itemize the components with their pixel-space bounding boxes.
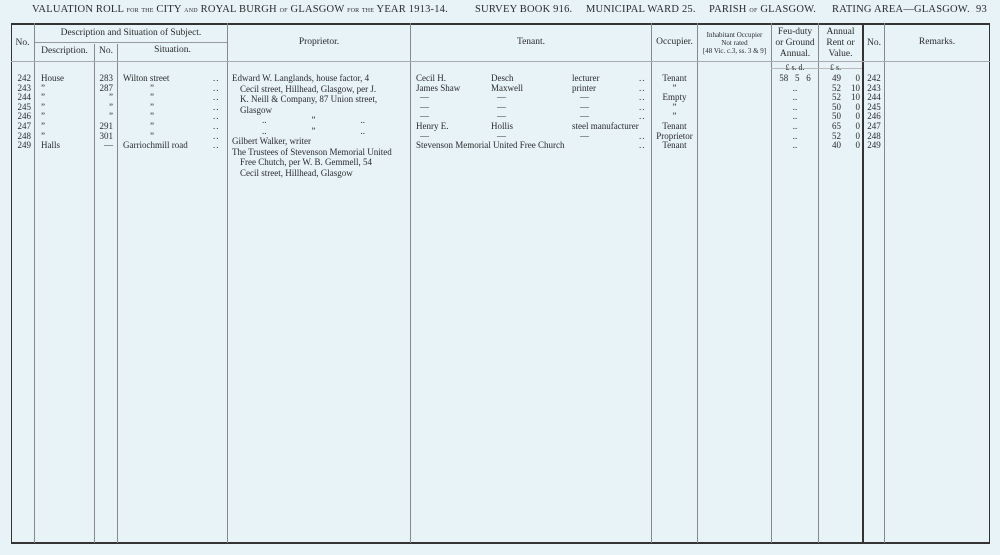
header-rule xyxy=(11,61,990,62)
row-rent-pounds: 40 xyxy=(819,140,841,151)
parish: PARISH of GLASGOW. xyxy=(709,4,816,15)
proprietor-line: Cecil street, Hillhead, Glasgow, per J. xyxy=(232,84,408,95)
column-divider xyxy=(227,23,228,543)
title-text: GLASGOW xyxy=(291,4,345,15)
tenant-surname: Maxwell xyxy=(491,83,523,94)
leader-dots: .. xyxy=(639,92,646,102)
proprietor-line: Glasgow xyxy=(232,105,408,116)
row-feu-duty: .. xyxy=(772,140,818,151)
header-line: [48 Vic. c.3, ss. 3 & 9] xyxy=(698,47,771,55)
col-header-proprietor: Proprietor. xyxy=(228,37,410,48)
title-text: for the xyxy=(127,4,154,14)
proprietor-line: Gilbert Walker, writer xyxy=(232,136,408,147)
row-number: 249 xyxy=(11,140,31,151)
rating-area: RATING AREA—GLASGOW. xyxy=(832,4,970,15)
leader-dots: .. xyxy=(639,140,646,150)
row-rent-shillings: 0 xyxy=(842,140,860,151)
leader-dots: .. xyxy=(213,83,220,93)
leader-dots: .. xyxy=(639,83,646,93)
proprietor-line: .. ” .. xyxy=(232,126,408,137)
leader-dots: .. xyxy=(639,102,646,112)
page-number: 93 xyxy=(976,4,987,15)
col-header-feu-duty: Feu-duty or Ground Annual. xyxy=(772,27,818,60)
title-text: CITY xyxy=(156,4,181,15)
col-header-occupier: Occupier. xyxy=(652,37,697,48)
col-header-annual-rent: Annual Rent or Value. xyxy=(819,27,862,60)
feu-units: £ s. d. xyxy=(772,63,818,74)
column-divider xyxy=(34,23,35,543)
title-text: VALUATION ROLL xyxy=(32,4,124,15)
row-sub-number: — xyxy=(95,140,113,151)
col-header-desc-situation: Description and Situation of Subject. xyxy=(35,28,227,39)
header-line: Not rated xyxy=(698,39,771,47)
title-text: and xyxy=(184,4,198,14)
proprietor-line: K. Neill & Company, 87 Union street, xyxy=(232,94,408,105)
column-divider xyxy=(884,23,885,543)
leader-dots: .. xyxy=(639,111,646,121)
row-situation: Garriochmill road xyxy=(123,140,188,151)
col-header-remarks: Remarks. xyxy=(885,37,989,48)
leader-dots: .. xyxy=(213,111,220,121)
leader-dots: .. xyxy=(639,131,646,141)
proprietor-line: Edward W. Langlands, house factor, 4 xyxy=(232,73,408,84)
col-header-sub-no: No. xyxy=(95,46,117,57)
proprietor-line: .. ” .. xyxy=(232,115,408,126)
row-occupier: Tenant xyxy=(652,140,697,151)
leader-dots: .. xyxy=(213,92,220,102)
header-line: Rent or xyxy=(819,38,862,49)
parish-name: GLASGOW. xyxy=(760,4,816,15)
title-text: ROYAL BURGH xyxy=(201,4,277,15)
col-header-no-right: No. xyxy=(864,38,884,49)
row-situation: Wilton street xyxy=(123,73,169,84)
header-line: or Ground xyxy=(772,38,818,49)
col-header-tenant: Tenant. xyxy=(411,37,651,48)
leader-dots: .. xyxy=(213,102,220,112)
col-header-inhabitant: Inhabitant Occupier Not rated [48 Vic. c… xyxy=(698,31,771,55)
leader-dots: .. xyxy=(213,131,220,141)
tenant-first-name: Stevenson Memorial United Free Church xyxy=(416,140,564,151)
column-divider xyxy=(410,23,411,543)
row-description: Halls xyxy=(41,140,60,151)
proprietor-line: The Trustees of Stevenson Memorial Unite… xyxy=(232,147,408,158)
proprietor-line: Free Chutch, per W. B. Gemmell, 54 xyxy=(232,157,408,168)
leader-dots: .. xyxy=(639,73,646,83)
parish-label: PARISH xyxy=(709,4,747,15)
title-text: of xyxy=(280,4,288,14)
column-divider xyxy=(697,23,698,543)
leader-dots: .. xyxy=(213,73,220,83)
roll-title-line: VALUATION ROLL for the CITY and ROYAL BU… xyxy=(0,4,1000,20)
header-rule xyxy=(35,42,227,43)
column-divider xyxy=(117,44,118,543)
header-line: Annual. xyxy=(772,49,818,60)
parish-of: of xyxy=(749,4,757,14)
survey-book: SURVEY BOOK 916. xyxy=(475,4,572,15)
header-line: Annual xyxy=(819,27,862,38)
header-line: Inhabitant Occupier xyxy=(698,31,771,39)
proprietor-line: Cecil street, Hillhead, Glasgow xyxy=(232,168,408,179)
col-header-description: Description. xyxy=(35,46,94,57)
row-number-right: 249 xyxy=(864,140,884,151)
leader-dots: .. xyxy=(213,140,220,150)
col-header-no: No. xyxy=(11,38,34,49)
tenant-occupation: — xyxy=(580,131,589,142)
col-header-situation: Situation. xyxy=(118,45,227,56)
title-text: for the xyxy=(347,4,374,14)
municipal-ward: MUNICIPAL WARD 25. xyxy=(586,4,696,15)
roll-title: VALUATION ROLL for the CITY and ROYAL BU… xyxy=(32,4,448,15)
title-text: YEAR 1913-14. xyxy=(377,4,448,15)
leader-dots: .. xyxy=(213,121,220,131)
header-line: Value. xyxy=(819,49,862,60)
annual-units: £ s. xyxy=(830,63,860,74)
proprietor-column: Edward W. Langlands, house factor, 4 Cec… xyxy=(232,73,408,178)
header-line: Feu-duty xyxy=(772,27,818,38)
